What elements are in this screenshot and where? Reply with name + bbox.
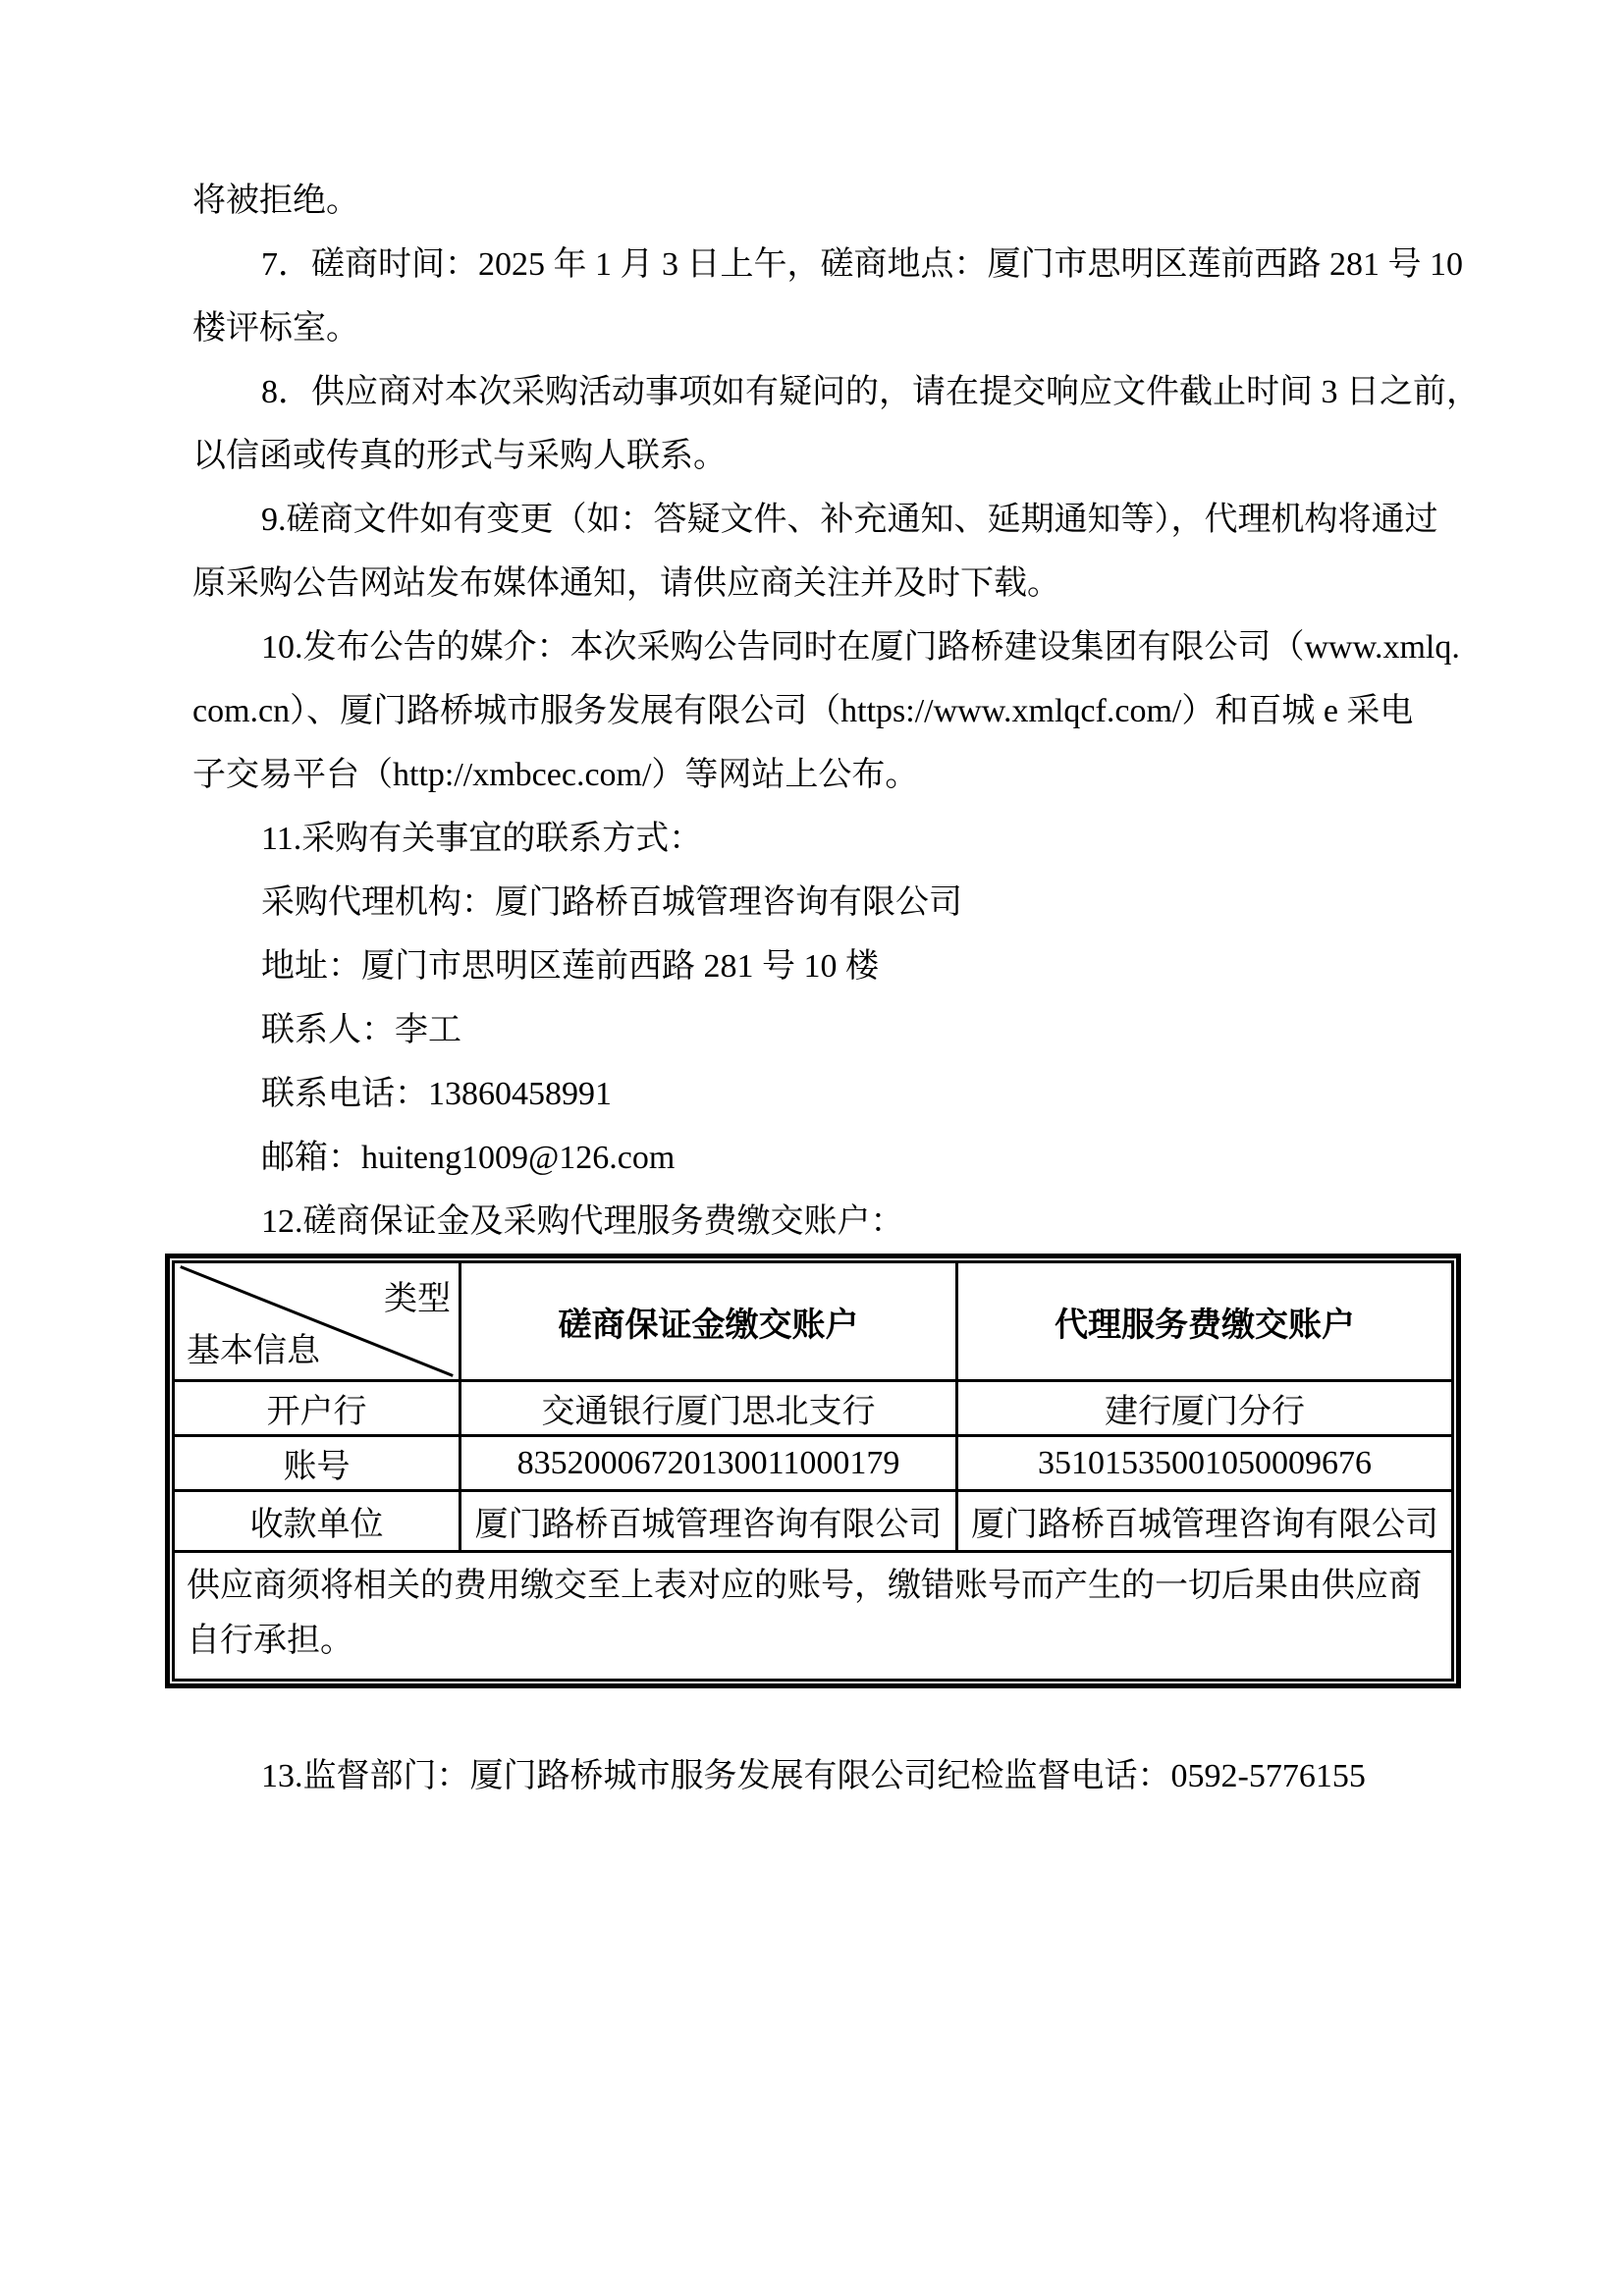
corner-label-basic-info: 基本信息	[187, 1323, 320, 1371]
header-agency-fee-account: 代理服务费缴交账户	[957, 1262, 1453, 1381]
table-row-account-number: 账号 83520006720130011000179 3510153500105…	[174, 1436, 1453, 1491]
cell-account-deposit: 83520006720130011000179	[460, 1436, 957, 1491]
table-corner-cell: 类型 基本信息	[174, 1262, 460, 1381]
line-item10-cont2: 子交易平台（http://xmbcec.com/）等网站上公布。	[192, 743, 1469, 807]
cell-bank-deposit: 交通银行厦门思北支行	[460, 1381, 957, 1436]
cell-account-agency: 35101535001050009676	[957, 1436, 1453, 1491]
table-note-row: 供应商须将相关的费用缴交至上表对应的账号，缴错账号而产生的一切后果由供应商自行承…	[174, 1552, 1453, 1681]
payment-accounts-table: 类型 基本信息 磋商保证金缴交账户 代理服务费缴交账户 开户行 交通银行厦门思北…	[165, 1254, 1461, 1688]
document-page: 将被拒绝。 7．磋商时间：2025 年 1 月 3 日上午，磋商地点：厦门市思明…	[0, 0, 1624, 2296]
cell-bank-label: 开户行	[174, 1381, 460, 1436]
line-item10-cont1: com.cn）、厦门路桥城市服务发展有限公司（https://www.xmlqc…	[192, 679, 1469, 743]
table-row-bank: 开户行 交通银行厦门思北支行 建行厦门分行	[174, 1381, 1453, 1436]
line-contact-person: 联系人：李工	[192, 998, 1469, 1062]
line-item8-cont: 以信函或传真的形式与采购人联系。	[192, 424, 1469, 488]
corner-label-type: 类型	[384, 1271, 451, 1319]
payment-accounts-grid: 类型 基本信息 磋商保证金缴交账户 代理服务费缴交账户 开户行 交通银行厦门思北…	[172, 1260, 1454, 1682]
line-item9-cont: 原采购公告网站发布媒体通知，请供应商关注并及时下载。	[192, 552, 1469, 615]
cell-payee-agency: 厦门路桥百城管理咨询有限公司	[957, 1491, 1453, 1552]
line-item13-supervision: 13.监督部门：厦门路桥城市服务发展有限公司纪检监督电话：0592-577615…	[192, 1744, 1366, 1808]
line-address: 地址：厦门市思明区莲前西路 281 号 10 楼	[192, 934, 1469, 998]
cell-bank-agency: 建行厦门分行	[957, 1381, 1453, 1436]
line-contact-phone: 联系电话：13860458991	[192, 1062, 1469, 1126]
line-will-be-rejected: 将被拒绝。	[192, 169, 1469, 233]
line-item8: 8．供应商对本次采购活动事项如有疑问的，请在提交响应文件截止时间 3 日之前，	[192, 360, 1469, 424]
line-agency-name: 采购代理机构：厦门路桥百城管理咨询有限公司	[192, 871, 1469, 934]
table-note: 供应商须将相关的费用缴交至上表对应的账号，缴错账号而产生的一切后果由供应商自行承…	[174, 1552, 1453, 1681]
line-item10: 10.发布公告的媒介：本次采购公告同时在厦门路桥建设集团有限公司（www.xml…	[192, 615, 1469, 679]
line-email: 邮箱：huiteng1009@126.com	[192, 1126, 1469, 1190]
table-row-payee: 收款单位 厦门路桥百城管理咨询有限公司 厦门路桥百城管理咨询有限公司	[174, 1491, 1453, 1552]
table-header-row: 类型 基本信息 磋商保证金缴交账户 代理服务费缴交账户	[174, 1262, 1453, 1381]
line-item12: 12.磋商保证金及采购代理服务费缴交账户：	[192, 1190, 1469, 1254]
line-item11: 11.采购有关事宜的联系方式：	[192, 807, 1469, 871]
document-body: 将被拒绝。 7．磋商时间：2025 年 1 月 3 日上午，磋商地点：厦门市思明…	[192, 169, 1469, 1254]
cell-account-label: 账号	[174, 1436, 460, 1491]
line-item9: 9.磋商文件如有变更（如：答疑文件、补充通知、延期通知等），代理机构将通过	[192, 488, 1469, 552]
header-deposit-account: 磋商保证金缴交账户	[460, 1262, 957, 1381]
cell-payee-deposit: 厦门路桥百城管理咨询有限公司	[460, 1491, 957, 1552]
cell-payee-label: 收款单位	[174, 1491, 460, 1552]
line-item7-time: 7．磋商时间：2025 年 1 月 3 日上午，磋商地点：厦门市思明区莲前西路 …	[192, 233, 1469, 296]
line-item7-cont: 楼评标室。	[192, 296, 1469, 360]
